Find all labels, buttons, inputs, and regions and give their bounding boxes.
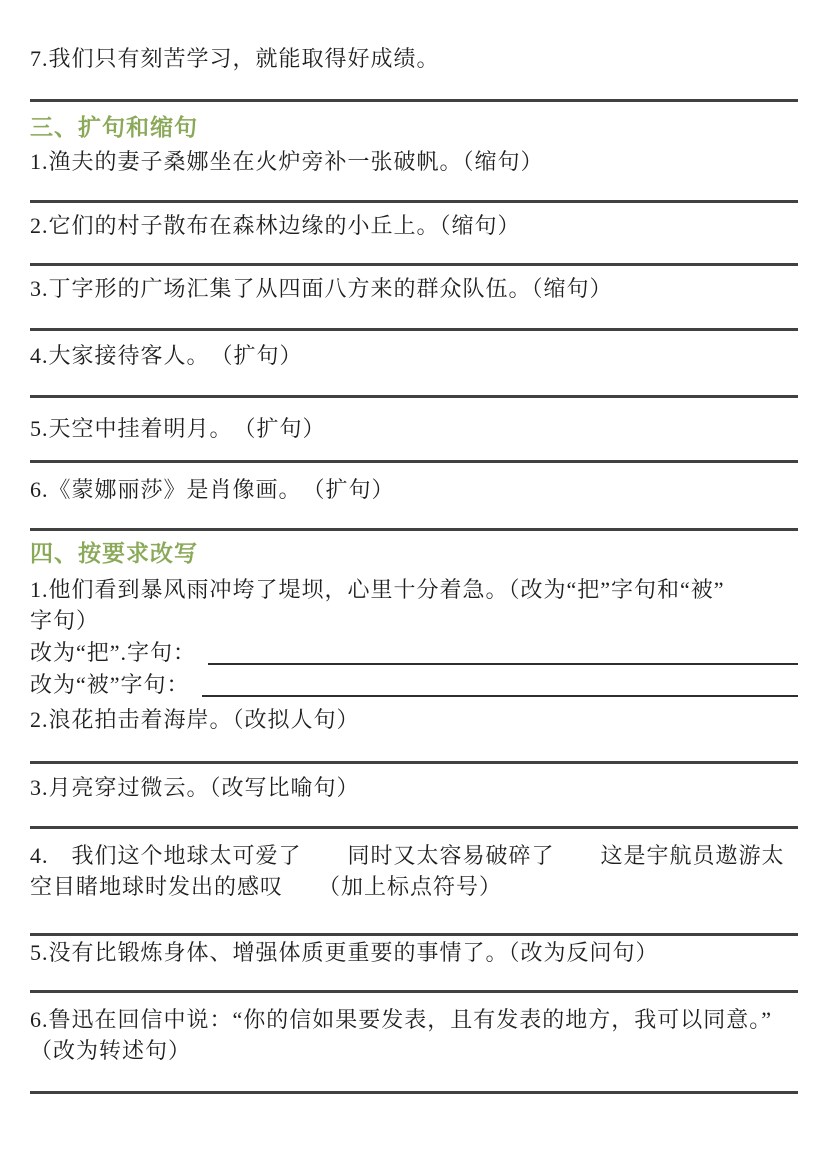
s3-question-2: 2.它们的村子散布在森林边缘的小丘上。（缩句） <box>30 211 800 241</box>
s3-question-3: 3.丁字形的广场汇集了从四面八方来的群众队伍。（缩句） <box>30 274 800 304</box>
question-line: 4. 我们这个地球太可爱了 同时又太容易破碎了 这是宇航员遨游太 <box>30 840 800 871</box>
answer-line <box>30 761 798 764</box>
ba-sentence-row: 改为“把”.字句： <box>30 636 798 668</box>
s4-question-2: 2.浪花拍击着海岸。（改拟人句） <box>30 705 800 735</box>
question-line: 空目睹地球时发出的感叹 （加上标点符号） <box>30 871 800 902</box>
question-line: （改为转述句） <box>30 1035 800 1066</box>
s4-question-1: 1.他们看到暴风雨冲垮了堤坝，心里十分着急。（改为“把”字句和“被” 字句） <box>30 574 800 636</box>
question-line: 字句） <box>30 605 800 636</box>
s3-question-4: 4.大家接待客人。 （扩句） <box>30 341 800 371</box>
ba-answer-blank <box>208 662 798 665</box>
s4-question-4: 4. 我们这个地球太可爱了 同时又太容易破碎了 这是宇航员遨游太 空目睹地球时发… <box>30 840 800 902</box>
section-3-title: 三、扩句和缩句 <box>30 114 800 142</box>
answer-line <box>30 200 798 203</box>
answer-line <box>30 460 798 463</box>
s4-question-3: 3.月亮穿过微云。（改写比喻句） <box>30 773 800 803</box>
s4-question-5: 5.没有比锻炼身体、增强体质更重要的事情了。（改为反问句） <box>30 938 800 968</box>
answer-line <box>30 933 798 936</box>
question-line: 1.他们看到暴风雨冲垮了堤坝，心里十分着急。（改为“把”字句和“被” <box>30 574 800 605</box>
bei-answer-blank <box>202 694 798 697</box>
s3-question-6: 6.《蒙娜丽莎》是肖像画。 （扩句） <box>30 475 800 505</box>
question-line: 6.鲁迅在回信中说：“你的信如果要发表，且有发表的地方，我可以同意。” <box>30 1004 800 1035</box>
answer-line <box>30 328 798 331</box>
s4-question-6: 6.鲁迅在回信中说：“你的信如果要发表，且有发表的地方，我可以同意。” （改为转… <box>30 1004 800 1066</box>
answer-line <box>30 528 798 531</box>
ba-sentence-label: 改为“把”.字句： <box>30 638 196 668</box>
answer-line <box>30 263 798 266</box>
bei-sentence-row: 改为“被”字句： <box>30 668 798 700</box>
answer-line <box>30 990 798 993</box>
question-7: 7.我们只有刻苦学习，就能取得好成绩。 <box>30 44 800 74</box>
answer-line <box>30 99 798 102</box>
section-4-title: 四、按要求改写 <box>30 540 800 568</box>
bei-sentence-label: 改为“被”字句： <box>30 670 190 700</box>
s3-question-1: 1.渔夫的妻子桑娜坐在火炉旁补一张破帆。（缩句） <box>30 147 800 177</box>
answer-line <box>30 395 798 398</box>
s3-question-5: 5.天空中挂着明月。 （扩句） <box>30 414 800 444</box>
answer-line <box>30 1091 798 1094</box>
answer-line <box>30 826 798 829</box>
worksheet-page: 7.我们只有刻苦学习，就能取得好成绩。 三、扩句和缩句 1.渔夫的妻子桑娜坐在火… <box>0 0 827 1169</box>
